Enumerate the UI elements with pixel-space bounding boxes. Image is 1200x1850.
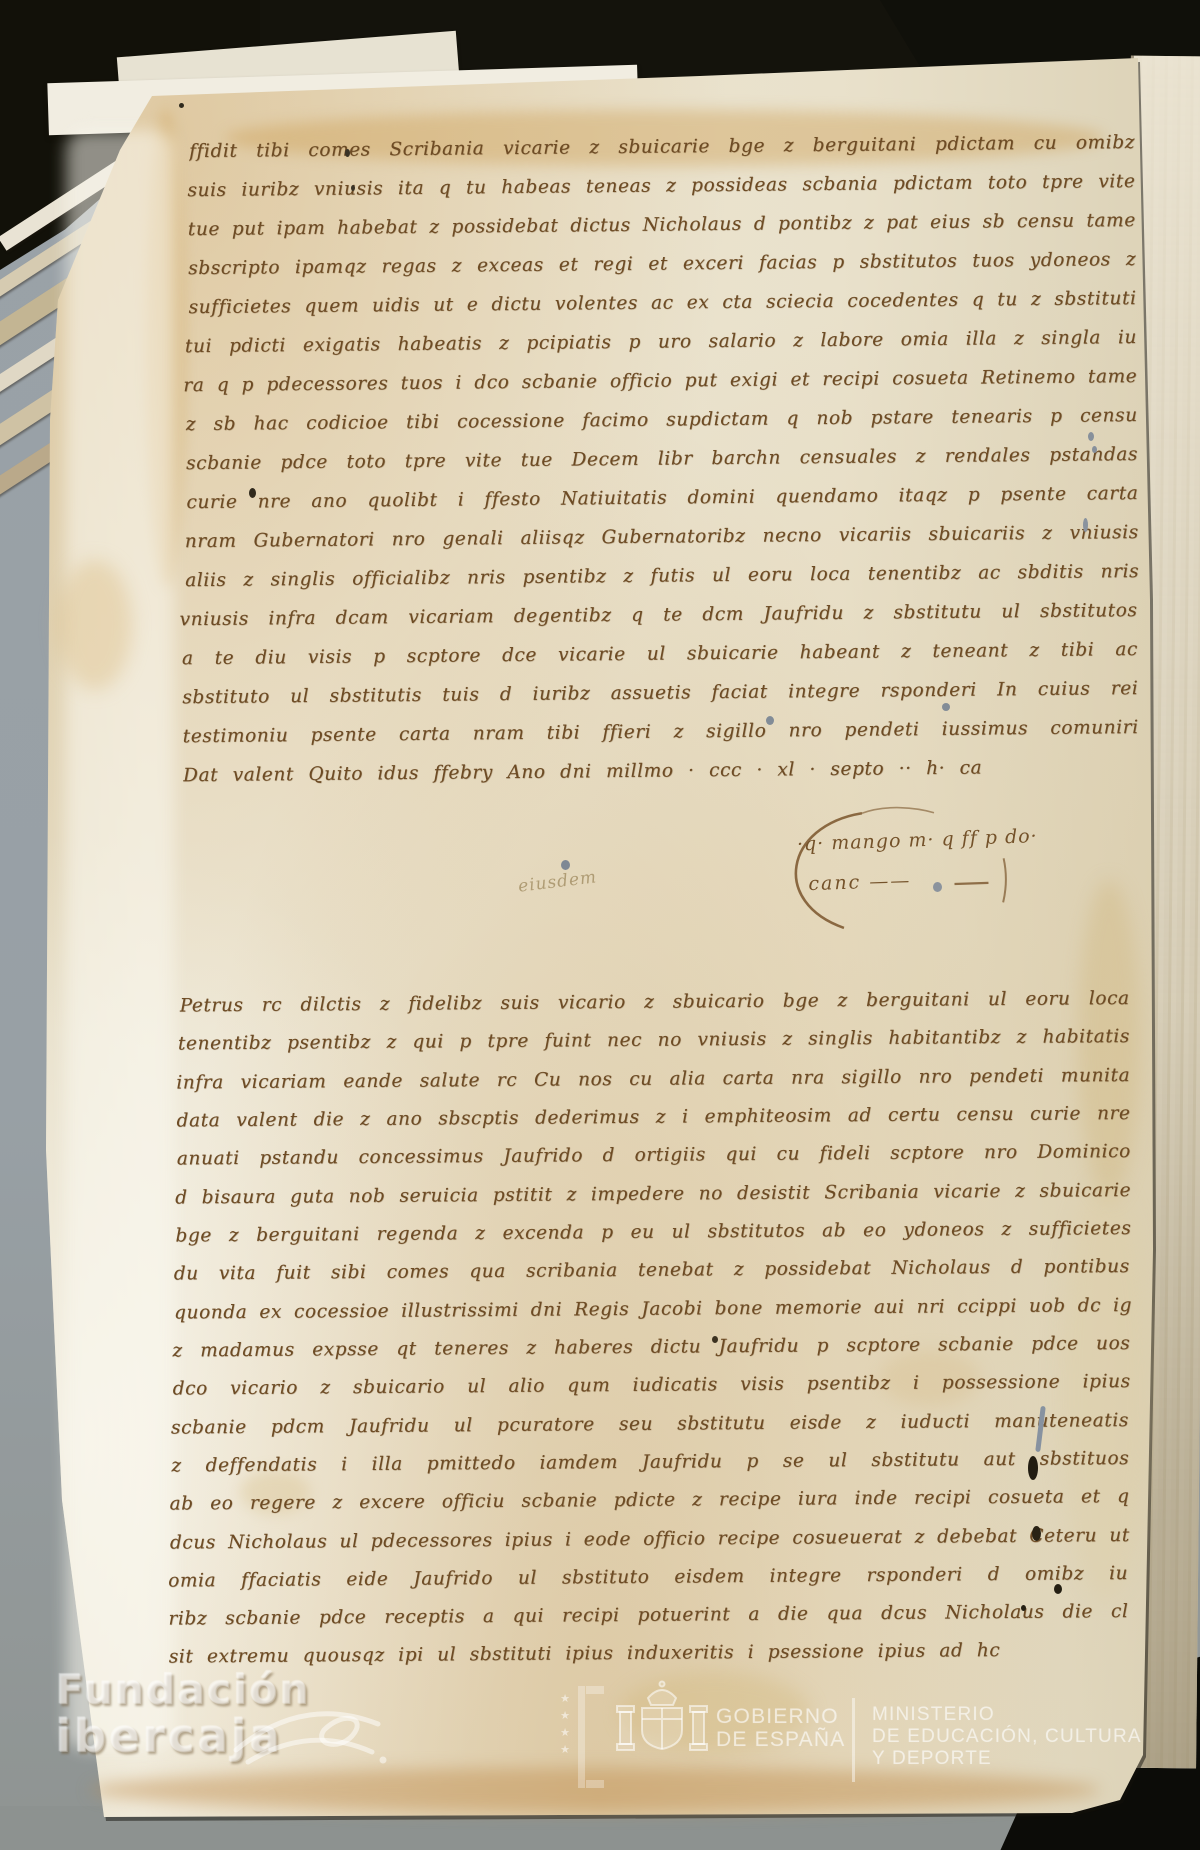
manuscript-line: anuati pstandu concessimus Jaufrido d or…	[177, 1142, 1131, 1170]
manuscript-line: data valent die z ano sbscptis dederimus…	[177, 1104, 1131, 1132]
manuscript-line: Petrus rc dilctis z fidelibz suis vicari…	[180, 989, 1130, 1017]
manuscript-line: ab eo regere z excere officiu scbanie pd…	[170, 1487, 1130, 1515]
manuscript-photo: ffidit tibi comes Scribania vicarie z sb…	[0, 0, 1200, 1850]
manuscript-line: bge z berguitani regenda z excenda p eu …	[175, 1219, 1131, 1247]
watermark-divider	[852, 1698, 855, 1782]
manuscript-line: du vita fuit sibi comes qua scribania te…	[174, 1257, 1130, 1285]
gobierno-watermark-line1: GOBIERNO	[716, 1705, 839, 1729]
manuscript-line: z deffendatis i illa pmittedo iamdem Jau…	[171, 1449, 1129, 1477]
manuscript-line: quonda ex cocessioe illustrissimi dni Re…	[174, 1296, 1132, 1324]
ministerio-watermark-line3: Y DEPORTE	[872, 1748, 992, 1770]
manuscript-line: tenentibz psentibz z qui p tpre fuint ne…	[178, 1027, 1130, 1055]
manuscript-line: z madamus expsse qt teneres z haberes di…	[172, 1334, 1130, 1362]
manuscript-line: infra vicariam eande salute rc Cu nos cu…	[176, 1066, 1130, 1094]
ministerio-watermark-line2: DE EDUCACIÓN, CULTURA	[872, 1726, 1142, 1748]
manuscript-line: dcus Nicholaus ul pdecessores ipius i eo…	[170, 1526, 1130, 1554]
manuscript-line: sit extremu quousqz ipi ul sbstituti ipi…	[169, 1640, 1069, 1667]
flag-notch-bottom	[586, 1780, 604, 1788]
ibercaja-bird-icon	[232, 1700, 392, 1780]
latin-text-block-2: Petrus rc dilctis z fidelibz suis vicari…	[0, 0, 1200, 1850]
spain-coat-of-arms-icon	[612, 1680, 712, 1775]
manuscript-line: d bisaura guta nob seruicia pstitit z im…	[175, 1181, 1131, 1209]
gobierno-watermark-line2: DE ESPAÑA	[716, 1728, 845, 1752]
flag-notch-top	[586, 1686, 604, 1694]
ministerio-watermark-line1: MINISTERIO	[872, 1704, 995, 1726]
manuscript-line: omia ffaciatis eide Jaufrido ul sbstitut…	[168, 1564, 1128, 1592]
flag-pole-icon	[578, 1686, 585, 1788]
europe-stars-icon: ★★★★	[558, 1690, 572, 1758]
manuscript-line: scbanie pdcm Jaufridu ul pcuratore seu s…	[171, 1411, 1129, 1439]
manuscript-line: ribz scbanie pdce receptis a qui recipi …	[168, 1602, 1128, 1630]
manuscript-line: dco vicario z sbuicario ul alio qum iudi…	[173, 1372, 1131, 1400]
